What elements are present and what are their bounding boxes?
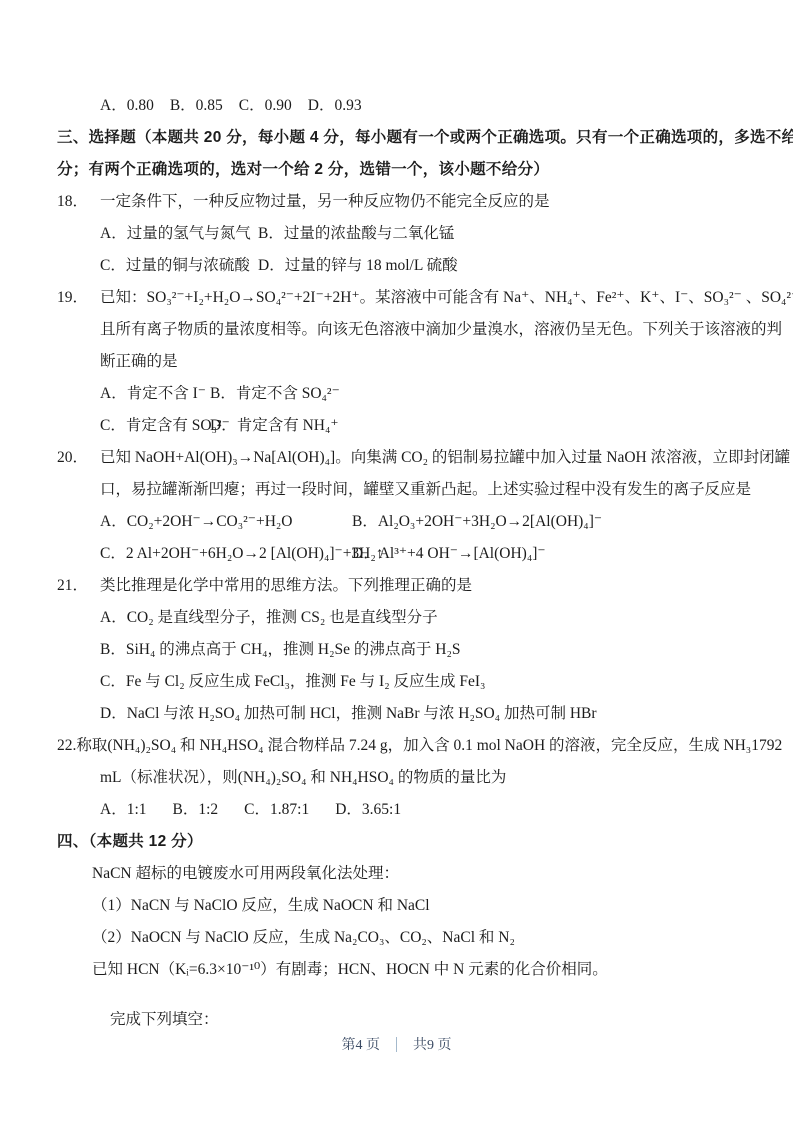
question-20-stem-line-1: 20．已知 NaOH+Al(OH)₃→Na[Al(OH)₄]。向集满 CO₂ 的… bbox=[57, 442, 737, 474]
section-3-header-line-2: 分；有两个正确选项的，选对一个给 2 分，选错一个，该小题不给分） bbox=[57, 154, 737, 186]
option-c: C．过量的铜与浓硫酸 bbox=[100, 250, 258, 282]
exam-content: A．0.80 B．0.85 C．0.90 D．0.93 三、选择题（本题共 20… bbox=[0, 0, 793, 1036]
question-20-number: 20． bbox=[57, 442, 100, 474]
option-d: D．3.65:1 bbox=[335, 794, 401, 826]
question-19-stem-1: 已知：SO₃²⁻+I₂+H₂O→SO₄²⁻+2I⁻+2H⁺。某溶液中可能含有 N… bbox=[100, 289, 793, 306]
question-21-stem-line: 21．类比推理是化学中常用的思维方法。下列推理正确的是 bbox=[57, 570, 737, 602]
question-18-stem-line: 18．一定条件下，一种反应物过量，另一种反应物仍不能完全反应的是 bbox=[57, 186, 737, 218]
footer-separator: ｜ bbox=[389, 1036, 404, 1056]
option-c: C．肯定含有 SO₃²⁻ bbox=[100, 410, 210, 442]
section-4-fill-prompt: 完成下列填空： bbox=[57, 1004, 737, 1036]
question-21-option-a: A．CO₂ 是直线型分子，推测 CS₂ 也是直线型分子 bbox=[57, 602, 737, 634]
question-19-number: 19． bbox=[57, 282, 100, 314]
question-21-number: 21． bbox=[57, 570, 100, 602]
option-b: B．1:2 bbox=[173, 794, 219, 826]
question-20-stem-1: 已知 NaOH+Al(OH)₃→Na[Al(OH)₄]。向集满 CO₂ 的铝制易… bbox=[100, 449, 790, 466]
question-21-option-c: C．Fe 与 Cl₂ 反应生成 FeCl₃，推测 Fe 与 I₂ 反应生成 Fe… bbox=[57, 666, 737, 698]
option-d: D．过量的锌与 18 mol/L 硫酸 bbox=[258, 257, 458, 274]
previous-question-options-row: A．0.80 B．0.85 C．0.90 D．0.93 bbox=[57, 90, 737, 122]
option-a: A．过量的氢气与氮气 bbox=[100, 218, 258, 250]
section-4-intro: NaCN 超标的电镀废水可用两段氧化法处理： bbox=[57, 858, 737, 890]
footer-page-number: 第4 页 bbox=[341, 1036, 380, 1056]
question-19-stem-line-1: 19．已知：SO₃²⁻+I₂+H₂O→SO₄²⁻+2I⁻+2H⁺。某溶液中可能含… bbox=[57, 282, 737, 314]
question-21-option-b: B．SiH₄ 的沸点高于 CH₄，推测 H₂Se 的沸点高于 H₂S bbox=[57, 634, 737, 666]
option-b: B．肯定不含 SO₄²⁻ bbox=[210, 385, 340, 402]
section-4-step-1: （1）NaCN 与 NaClO 反应，生成 NaOCN 和 NaCl bbox=[57, 890, 737, 922]
section-4-known-info: 已知 HCN（Kᵢ=6.3×10⁻¹⁰）有剧毒；HCN、HOCN 中 N 元素的… bbox=[57, 954, 737, 986]
option-b: B．Al₂O₃+2OH⁻+3H₂O→2[Al(OH)₄]⁻ bbox=[352, 513, 602, 530]
section-4-step-2: （2）NaOCN 与 NaClO 反应，生成 Na₂CO₃、CO₂、NaCl 和… bbox=[57, 922, 737, 954]
option-b: B．过量的浓盐酸与二氧化锰 bbox=[258, 225, 454, 242]
question-21-option-d: D．NaCl 与浓 H₂SO₄ 加热可制 HCl，推测 NaBr 与浓 H₂SO… bbox=[57, 698, 737, 730]
section-4-header: 四、（本题共 12 分） bbox=[57, 826, 737, 858]
question-19-options-row-1: A．肯定不含 I⁻B．肯定不含 SO₄²⁻ bbox=[57, 378, 737, 410]
option-a: A．CO₂+2OH⁻→CO₃²⁻+H₂O bbox=[100, 506, 352, 538]
page-footer: 第4 页 ｜ 共9 页 bbox=[0, 1036, 793, 1056]
question-20-stem-line-2: 口，易拉罐渐渐凹瘪；再过一段时间，罐壁又重新凸起。上述实验过程中没有发生的离子反… bbox=[57, 474, 737, 506]
question-20-options-row-2: C．2 Al+2OH⁻+6H₂O→2 [Al(OH)₄]⁻+3H₂↑D．Al³⁺… bbox=[57, 538, 737, 570]
question-20-options-row-1: A．CO₂+2OH⁻→CO₃²⁻+H₂OB．Al₂O₃+2OH⁻+3H₂O→2[… bbox=[57, 506, 737, 538]
option-c: C．1.87:1 bbox=[244, 794, 309, 826]
section-3-header-line-1: 三、选择题（本题共 20 分，每小题 4 分，每小题有一个或两个正确选项。只有一… bbox=[57, 122, 737, 154]
option-d: D．肯定含有 NH₄⁺ bbox=[210, 417, 339, 434]
question-21-stem: 类比推理是化学中常用的思维方法。下列推理正确的是 bbox=[100, 577, 472, 594]
question-22-number: 22. bbox=[57, 730, 76, 762]
footer-total-pages: 共9 页 bbox=[413, 1036, 452, 1056]
question-22-stem-line-1: 22.称取(NH₄)₂SO₄ 和 NH₄HSO₄ 混合物样品 7.24 g，加入… bbox=[57, 730, 737, 762]
question-18-options-row-1: A．过量的氢气与氮气B．过量的浓盐酸与二氧化锰 bbox=[57, 218, 737, 250]
option-d: D．Al³⁺+4 OH⁻→[Al(OH)₄]⁻ bbox=[352, 545, 546, 562]
question-18-stem: 一定条件下，一种反应物过量，另一种反应物仍不能完全反应的是 bbox=[100, 193, 550, 210]
question-19-options-row-2: C．肯定含有 SO₃²⁻D．肯定含有 NH₄⁺ bbox=[57, 410, 737, 442]
question-22-volume-value: 1792 bbox=[751, 730, 782, 762]
question-18-options-row-2: C．过量的铜与浓硫酸D．过量的锌与 18 mol/L 硫酸 bbox=[57, 250, 737, 282]
question-22-stem-1: 称取(NH₄)₂SO₄ 和 NH₄HSO₄ 混合物样品 7.24 g，加入含 0… bbox=[76, 730, 751, 762]
option-d: D．0.93 bbox=[308, 90, 362, 122]
option-a: A．1:1 bbox=[100, 794, 147, 826]
question-18-number: 18． bbox=[57, 186, 100, 218]
question-22-stem-line-2: mL（标准状况），则(NH₄)₂SO₄ 和 NH₄HSO₄ 的物质的量比为 bbox=[57, 762, 737, 794]
option-a: A．0.80 bbox=[100, 90, 154, 122]
question-22-options-row: A．1:1 B．1:2 C．1.87:1 D．3.65:1 bbox=[57, 794, 737, 826]
option-a: A．肯定不含 I⁻ bbox=[100, 378, 210, 410]
question-19-stem-line-2: 且所有离子物质的量浓度相等。向该无色溶液中滴加少量溴水，溶液仍呈无色。下列关于该… bbox=[57, 314, 737, 346]
option-c: C．0.90 bbox=[239, 90, 292, 122]
exam-page: A．0.80 B．0.85 C．0.90 D．0.93 三、选择题（本题共 20… bbox=[0, 0, 793, 1122]
option-b: B．0.85 bbox=[170, 90, 223, 122]
question-19-stem-line-3: 断正确的是 bbox=[57, 346, 737, 378]
option-c: C．2 Al+2OH⁻+6H₂O→2 [Al(OH)₄]⁻+3H₂↑ bbox=[100, 538, 352, 570]
